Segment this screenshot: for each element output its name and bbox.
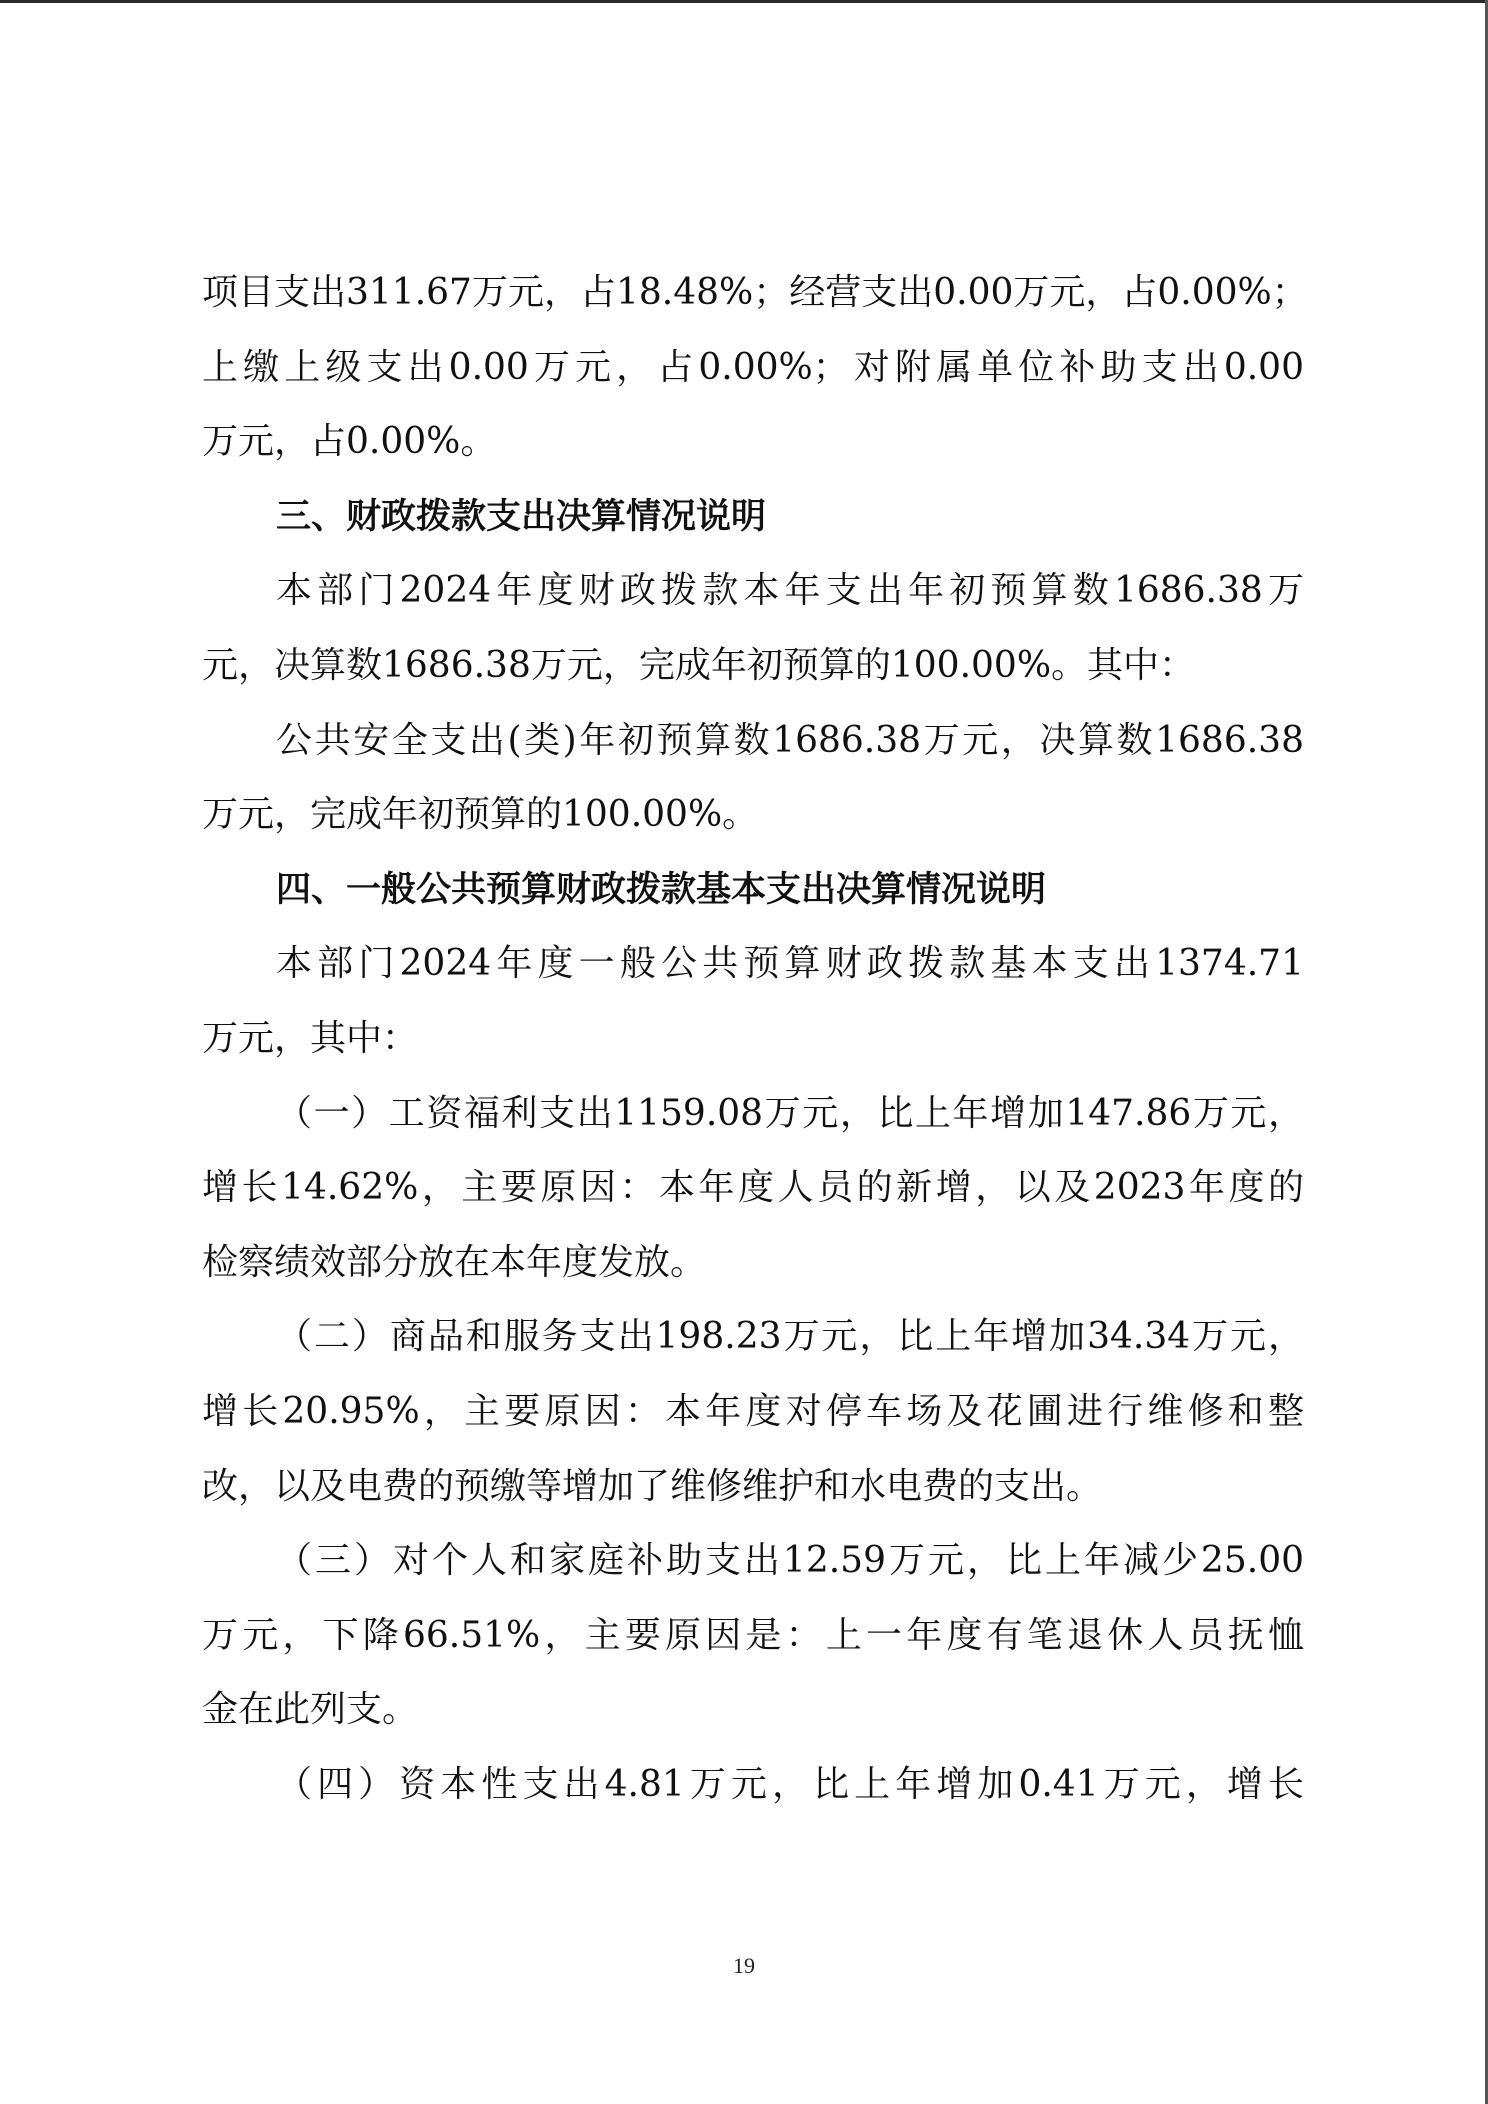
text-line: 项目支出311.67万元，占18.48%；经营支出0.00万元，占0.00%； xyxy=(202,268,1304,343)
list-item-household-subsidy: （三）对个人和家庭补助支出12.59万元，比上年减少25.00 xyxy=(202,1536,1304,1611)
section-heading-3: 三、财政拨款支出决算情况说明 xyxy=(202,492,1304,567)
text-line: 改，以及电费的预缴等增加了维修维护和水电费的支出。 xyxy=(202,1462,1304,1537)
text-line: 万元，下降66.51%，主要原因是：上一年度有笔退休人员抚恤 xyxy=(202,1611,1304,1686)
section-heading-4: 四、一般公共预算财政拨款基本支出决算情况说明 xyxy=(202,865,1304,940)
list-item-salary: （一）工资福利支出1159.08万元，比上年增加147.86万元， xyxy=(202,1089,1304,1164)
text-line: 万元，占0.00%。 xyxy=(202,417,1304,492)
list-item-capital: （四）资本性支出4.81万元，比上年增加0.41万元，增长 xyxy=(202,1760,1304,1835)
text-line: 增长20.95%，主要原因：本年度对停车场及花圃进行维修和整 xyxy=(202,1387,1304,1462)
text-line: 万元，其中： xyxy=(202,1014,1304,1089)
text-line: 上缴上级支出0.00万元，占0.00%；对附属单位补助支出0.00 xyxy=(202,343,1304,418)
text-line: 本部门2024年度一般公共预算财政拨款基本支出1374.71 xyxy=(202,939,1304,1014)
text-line: 增长14.62%，主要原因：本年度人员的新增，以及2023年度的 xyxy=(202,1163,1304,1238)
list-item-goods-services: （二）商品和服务支出198.23万元，比上年增加34.34万元， xyxy=(202,1312,1304,1387)
page-top-border xyxy=(0,0,1488,3)
text-line: 本部门2024年度财政拨款本年支出年初预算数1686.38万 xyxy=(202,566,1304,641)
text-line: 万元，完成年初预算的100.00%。 xyxy=(202,790,1304,865)
page-number: 19 xyxy=(0,1953,1488,1979)
document-body: 项目支出311.67万元，占18.48%；经营支出0.00万元，占0.00%； … xyxy=(202,268,1304,1834)
text-line: 公共安全支出(类)年初预算数1686.38万元，决算数1686.38 xyxy=(202,716,1304,791)
text-line: 元，决算数1686.38万元，完成年初预算的100.00%。其中： xyxy=(202,641,1304,716)
text-line: 金在此列支。 xyxy=(202,1685,1304,1760)
text-line: 检察绩效部分放在本年度发放。 xyxy=(202,1238,1304,1313)
